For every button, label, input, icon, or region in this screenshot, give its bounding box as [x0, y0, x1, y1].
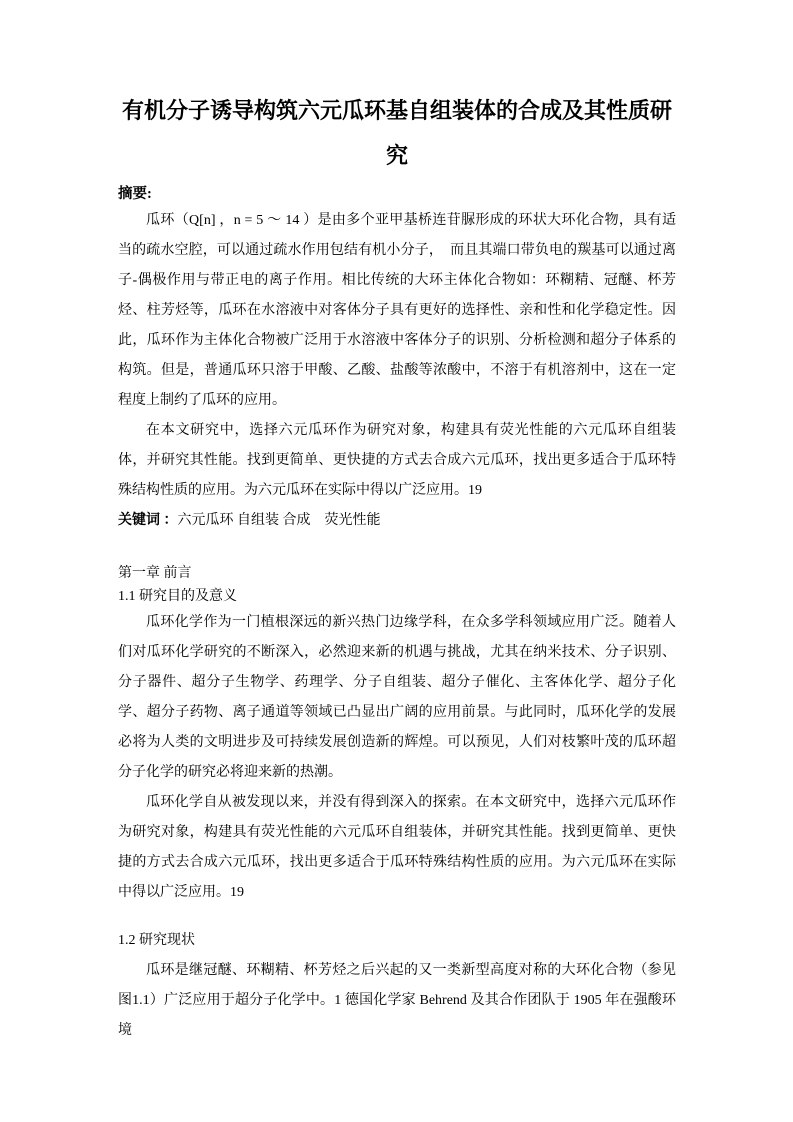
- chapter-1-heading: 第一章 前言: [118, 562, 676, 585]
- keywords-label: 关键词 ：: [118, 513, 178, 528]
- page-content: 有机分子诱导构筑六元瓜环基自组装体的合成及其性质研究 摘要: 瓜环（Q[n] ，…: [0, 88, 793, 1046]
- keywords-line: 关键词 ：六元瓜环 自组装 合成 荧光性能: [118, 506, 676, 536]
- abstract-paragraph: 在本文研究中，选择六元瓜环作为研究对象，构建具有荧光性能的六元瓜环自组装体，并研…: [118, 416, 676, 506]
- document-page: 有机分子诱导构筑六元瓜环基自组装体的合成及其性质研究 摘要: 瓜环（Q[n] ，…: [0, 0, 793, 1122]
- document-title: 有机分子诱导构筑六元瓜环基自组装体的合成及其性质研究: [118, 88, 676, 178]
- section-1-2-heading: 1.2 研究现状: [118, 926, 676, 956]
- section-1-1-heading: 1.1 研究目的及意义: [118, 585, 676, 608]
- section-1-2-paragraph: 瓜环是继冠醚、环糊精、杯芳烃之后兴起的又一类新型高度对称的大环化合物（参见图1.…: [118, 956, 676, 1046]
- abstract-paragraph: 瓜环（Q[n] ，n = 5 ～ 14 ）是由多个亚甲基桥连苷脲形成的环状大环化…: [118, 206, 676, 416]
- keywords-text: 六元瓜环 自组装 合成 荧光性能: [178, 513, 381, 528]
- section-1-1-paragraph: 瓜环化学自从被发现以来，并没有得到深入的探索。在本文研究中，选择六元瓜环作为研究…: [118, 788, 676, 908]
- section-1-1-paragraph: 瓜环化学作为一门植根深远的新兴热门边缘学科，在众多学科领域应用广泛。随着人们对瓜…: [118, 608, 676, 788]
- abstract-label: 摘要:: [118, 182, 676, 206]
